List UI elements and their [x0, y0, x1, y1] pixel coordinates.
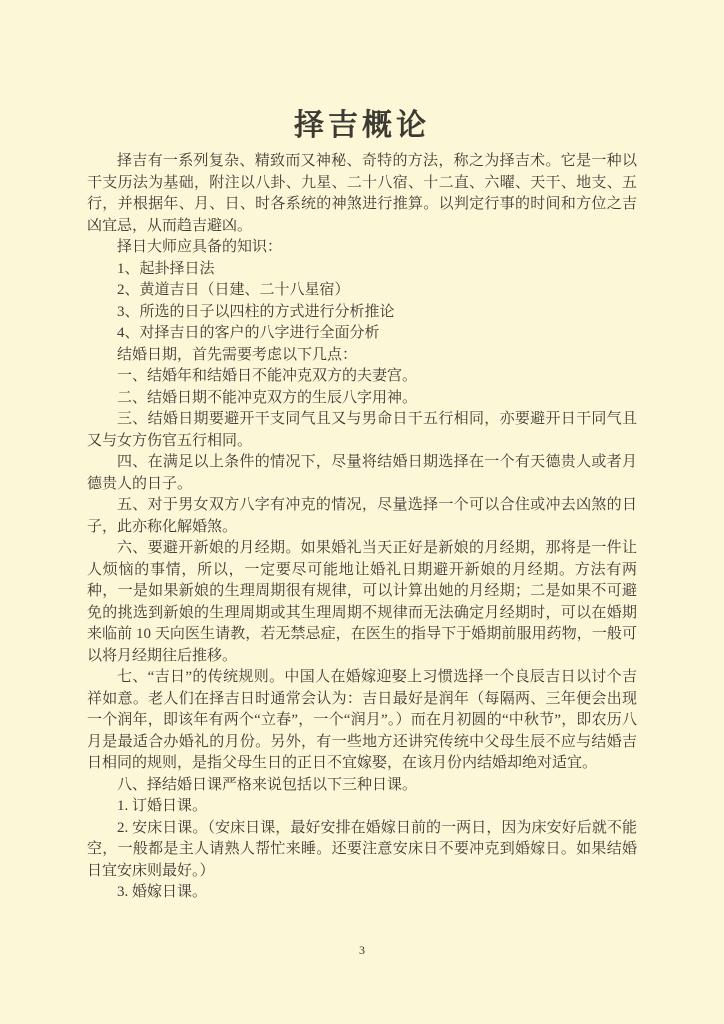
paragraph-wedding-date-heading: 结婚日期，首先需要考虑以下几点：	[87, 345, 637, 367]
document-body: 择吉有一系列复杂、精致而又神秘、奇特的方法，称之为择吉术。它是一种以干支历法为基…	[87, 151, 637, 904]
paragraph-point-4: 四、在满足以上条件的情况下，尽量将结婚日期选择在一个有天德贵人或者月德贵人的日子…	[87, 452, 637, 495]
paragraph-point-3: 三、结婚日期要避开干支同气且又与男命日干五行相同，亦要避开日干同气且又与女方伤官…	[87, 409, 637, 452]
paragraph-lesson-1: 1. 订婚日课。	[87, 796, 637, 818]
paragraph-point-6: 六、要避开新娘的月经期。如果婚礼当天正好是新娘的月经期，那将是一件让人烦恼的事情…	[87, 538, 637, 667]
paragraph-knowledge-item-1: 1、起卦择日法	[87, 259, 637, 281]
paragraph-lesson-2: 2. 安床日课。（安床日课，最好安排在婚嫁日前的一两日，因为床安好后就不能空，一…	[87, 818, 637, 883]
paragraph-point-1: 一、结婚年和结婚日不能冲克双方的夫妻宫。	[87, 366, 637, 388]
paragraph-point-7: 七、“吉日”的传统规则。中国人在婚嫁迎娶上习惯选择一个良辰吉日以讨个吉祥如意。老…	[87, 667, 637, 775]
paragraph-point-8: 八、择结婚日课严格来说包括以下三种日课。	[87, 775, 637, 797]
paragraph-knowledge-item-3: 3、所选的日子以四柱的方式进行分析推论	[87, 302, 637, 324]
paragraph-point-2: 二、结婚日期不能冲克双方的生辰八字用神。	[87, 388, 637, 410]
page-number: 3	[0, 942, 724, 958]
document-title: 择吉概论	[0, 108, 724, 144]
document-page: 择吉概论 择吉有一系列复杂、精致而又神秘、奇特的方法，称之为择吉术。它是一种以干…	[0, 0, 724, 1024]
paragraph-point-5: 五、对于男女双方八字有冲克的情况，尽量选择一个可以合住或冲去凶煞的日子，此亦称化…	[87, 495, 637, 538]
paragraph-knowledge-heading: 择日大师应具备的知识：	[87, 237, 637, 259]
paragraph-lesson-3: 3. 婚嫁日课。	[87, 882, 637, 904]
paragraph-knowledge-item-4: 4、对择吉日的客户的八字进行全面分析	[87, 323, 637, 345]
paragraph-knowledge-item-2: 2、黄道吉日（日建、二十八星宿）	[87, 280, 637, 302]
paragraph-intro: 择吉有一系列复杂、精致而又神秘、奇特的方法，称之为择吉术。它是一种以干支历法为基…	[87, 151, 637, 237]
